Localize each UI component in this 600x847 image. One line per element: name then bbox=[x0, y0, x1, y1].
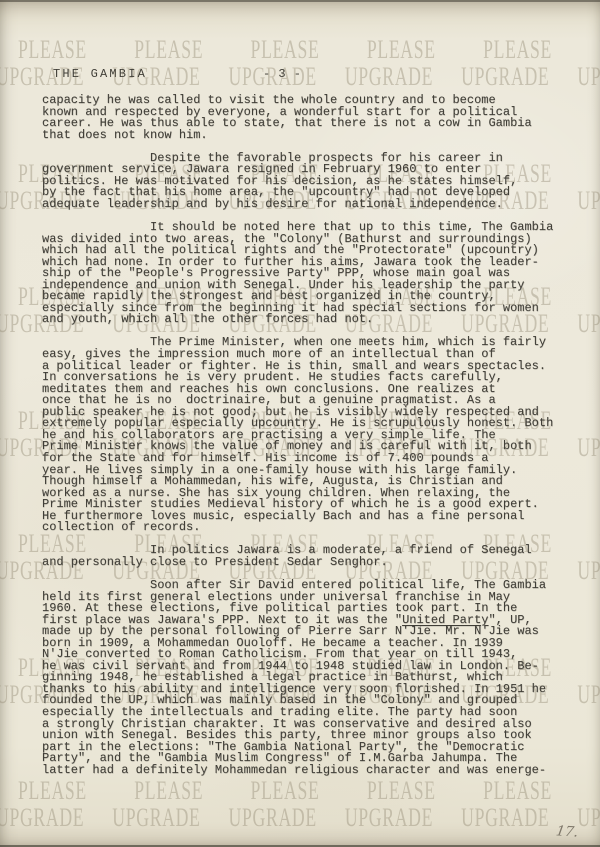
text-line: that does not know him. bbox=[42, 130, 590, 142]
page-edge-top bbox=[0, 0, 600, 2]
document-title: THE GAMBIA bbox=[53, 68, 147, 80]
watermark-upgrade-row: UPGRADEUPGRADEUPGRADEUPGRADEUPGRADEUPGRA… bbox=[0, 803, 600, 833]
text-line: adequate leadership and by his desire fo… bbox=[42, 199, 590, 211]
text-line: and youth, which all the other forces ha… bbox=[42, 314, 590, 326]
document-page: PLEASEPLEASEPLEASEPLEASEPLEASEPLEASEUPGR… bbox=[0, 0, 600, 847]
handwritten-page-number: 17. bbox=[555, 824, 579, 839]
paragraph: The Prime Minister, when one meets him, … bbox=[42, 337, 590, 533]
document-body: capacity he was called to visit the whol… bbox=[42, 95, 590, 776]
text-line: collection of records. bbox=[42, 522, 590, 534]
watermark-please-row: PLEASEPLEASEPLEASEPLEASEPLEASEPLEASE bbox=[18, 776, 600, 806]
page-number: - 3 - bbox=[263, 68, 302, 80]
watermark-please-row: PLEASEPLEASEPLEASEPLEASEPLEASEPLEASE bbox=[18, 35, 600, 65]
paragraph: Soon after Sir David entered political l… bbox=[42, 580, 590, 776]
text-line: and personally close to President Sedar … bbox=[42, 557, 590, 569]
paragraph: In politics Jawara is a moderate, a frie… bbox=[42, 545, 590, 568]
paragraph: Despite the favorable prospects for his … bbox=[42, 153, 590, 211]
text-line: latter had a definitely Mohammedan relig… bbox=[42, 765, 590, 777]
document-header: THE GAMBIA - 3 - bbox=[0, 68, 600, 82]
paragraph: It should be noted here that up to this … bbox=[42, 222, 590, 326]
paragraph: capacity he was called to visit the whol… bbox=[42, 95, 590, 141]
